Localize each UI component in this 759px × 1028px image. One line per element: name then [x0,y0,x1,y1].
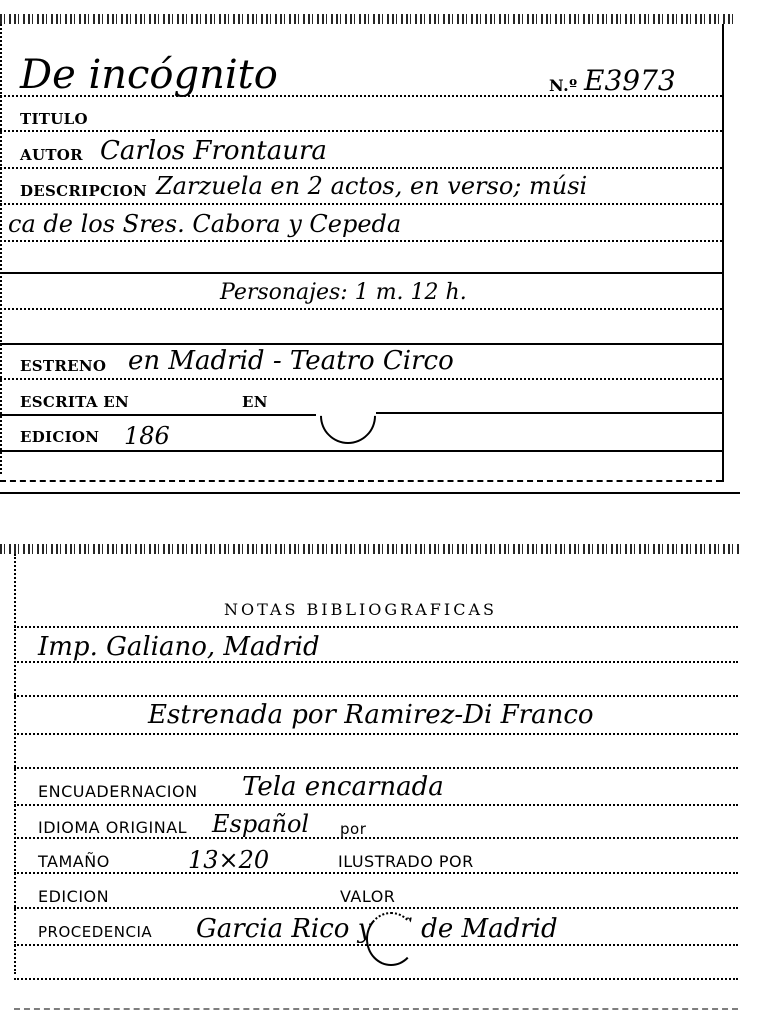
rule [14,944,738,946]
scan-edge-noise [0,544,740,554]
rule [14,661,738,663]
procedencia-label: PROCEDENCIA [38,923,152,941]
number-label: N.º [549,76,578,95]
encuadernacion-value: Tela encarnada [242,772,444,802]
card-right-border [722,24,724,482]
en-label: EN [242,393,268,411]
rule [14,695,738,697]
card-left-edge [0,24,2,474]
descripcion-label: DESCRIPCION [20,182,147,200]
autor-value: Carlos Frontaura [100,136,327,166]
rule [0,272,722,274]
estreno-label: ESTRENO [20,357,106,375]
edicion-value: 186 [124,422,170,450]
rule [14,907,738,909]
rule [0,167,722,169]
rule [376,412,722,414]
rule [0,203,722,205]
rule [0,343,722,345]
escrita-en-label: ESCRITA EN [20,393,129,411]
autor-label: AUTOR [20,146,83,164]
tamano-value: 13×20 [188,846,269,874]
rule [0,378,722,380]
encuadernacion-label: ENCUADERNACION [38,782,198,801]
rule [0,308,722,310]
notes-card: NOTAS BIBLIOGRAFICAS Imp. Galiano, Madri… [0,530,759,1028]
card-bottom-edge [0,492,740,494]
rule [14,626,738,628]
rule [0,450,722,452]
titulo-label: TITULO [20,110,88,128]
descripcion-value-line1: Zarzuela en 2 actos, en verso; músi [156,172,587,200]
rule [14,804,738,806]
rule [0,240,722,242]
card-bottom-edge [14,1008,738,1010]
idioma-value: Español [212,810,309,838]
valor-label: VALOR [340,887,395,906]
note-line2: Estrenada por Ramirez-Di Franco [148,700,594,730]
rule [14,978,738,980]
descripcion-value-line2: ca de los Sres. Cabora y Cepeda [8,210,401,238]
rule [14,837,738,839]
edicion-label: EDICION [20,428,99,446]
rule [14,872,738,874]
card-left-border [14,554,16,974]
rule [0,414,316,416]
ilustrado-label: ILUSTRADO POR [338,852,474,871]
por-label: por [340,820,366,838]
punch-hole [308,376,387,455]
tamano-label: TAMAÑO [38,852,110,871]
scan-edge-noise [0,14,735,24]
estreno-value: en Madrid - Teatro Circo [128,346,454,376]
punch-hole [366,912,416,966]
idioma-label: IDIOMA ORIGINAL [38,818,187,837]
title-value: De incógnito [20,52,278,98]
rule [14,733,738,735]
rule [0,95,722,97]
rule [14,767,738,769]
notes-heading: NOTAS BIBLIOGRAFICAS [224,600,497,619]
rule [0,480,722,482]
note-line1: Imp. Galiano, Madrid [38,632,320,662]
catalog-card: De incógnito N.º E3973 TITULO AUTOR Carl… [0,0,759,500]
personajes-value: Personajes: 1 m. 12 h. [220,280,467,305]
number-value: E3973 [584,64,676,97]
rule [0,130,722,132]
edicion-label: EDICION [38,887,109,906]
